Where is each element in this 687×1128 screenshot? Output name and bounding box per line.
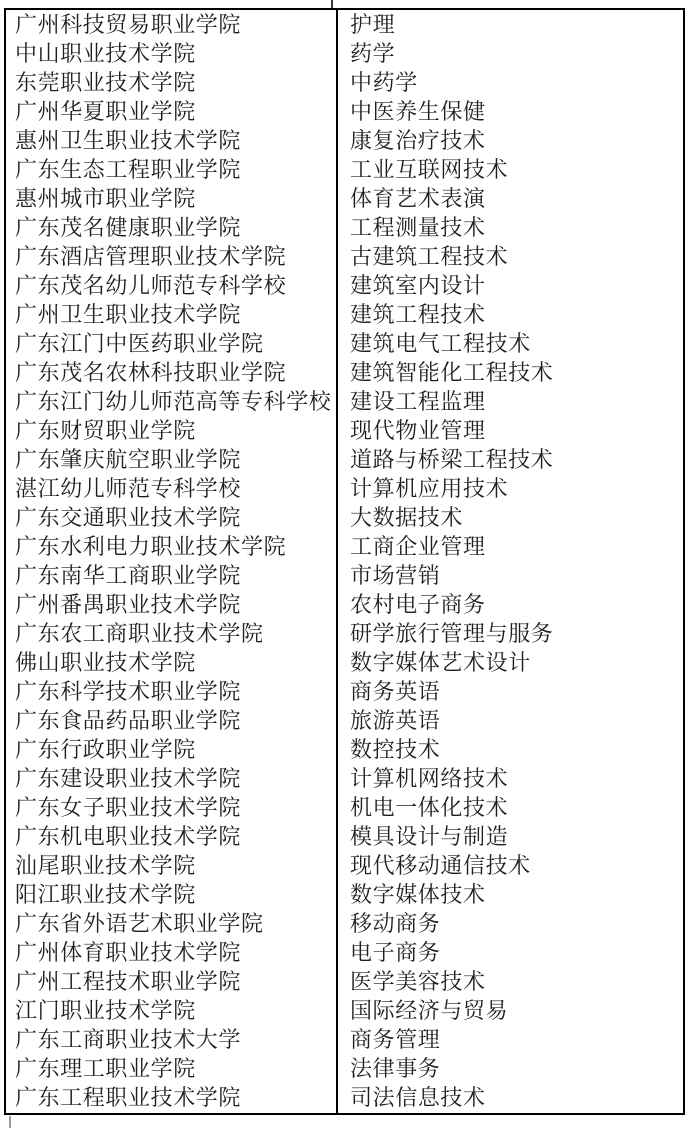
table-row: 广东水利电力职业技术学院工商企业管理: [5, 532, 684, 561]
college-cell: 江门职业技术学院: [5, 996, 337, 1025]
major-cell: 康复治疗技术: [337, 126, 684, 155]
college-cell: 广东机电职业技术学院: [5, 822, 337, 851]
college-cell: 广州工程技术职业学院: [5, 967, 337, 996]
major-cell: 电子商务: [337, 938, 684, 967]
major-cell: 建筑工程技术: [337, 300, 684, 329]
table-body: 广州科技贸易职业学院护理中山职业技术学院药学东莞职业技术学院中药学广州华夏职业学…: [5, 9, 684, 1114]
table-row: 东莞职业技术学院中药学: [5, 68, 684, 97]
table-row: 湛江幼儿师范专科学校计算机应用技术: [5, 474, 684, 503]
college-cell: 广东女子职业技术学院: [5, 793, 337, 822]
college-cell: 广东工商职业技术大学: [5, 1025, 337, 1054]
college-cell: 惠州卫生职业技术学院: [5, 126, 337, 155]
college-cell: 广州科技贸易职业学院: [5, 9, 337, 39]
table-row: 江门职业技术学院国际经济与贸易: [5, 996, 684, 1025]
table-row: 广东南华工商职业学院市场营销: [5, 561, 684, 590]
major-cell: 大数据技术: [337, 503, 684, 532]
college-cell: 广东南华工商职业学院: [5, 561, 337, 590]
major-cell: 计算机应用技术: [337, 474, 684, 503]
college-cell: 广州华夏职业学院: [5, 97, 337, 126]
table-row: 广东江门幼儿师范高等专科学校建设工程监理: [5, 387, 684, 416]
table-row: 广东机电职业技术学院模具设计与制造: [5, 822, 684, 851]
major-cell: 数控技术: [337, 735, 684, 764]
college-cell: 佛山职业技术学院: [5, 648, 337, 677]
major-cell: 体育艺术表演: [337, 184, 684, 213]
college-cell: 湛江幼儿师范专科学校: [5, 474, 337, 503]
table-row: 广东酒店管理职业技术学院古建筑工程技术: [5, 242, 684, 271]
table-row: 惠州卫生职业技术学院康复治疗技术: [5, 126, 684, 155]
major-cell: 市场营销: [337, 561, 684, 590]
college-cell: 广州体育职业技术学院: [5, 938, 337, 967]
table-row: 广东女子职业技术学院机电一体化技术: [5, 793, 684, 822]
college-cell: 广州番禺职业技术学院: [5, 590, 337, 619]
table-row: 佛山职业技术学院数字媒体艺术设计: [5, 648, 684, 677]
major-cell: 商务管理: [337, 1025, 684, 1054]
college-cell: 广东理工职业学院: [5, 1054, 337, 1083]
table-row: 广州卫生职业技术学院建筑工程技术: [5, 300, 684, 329]
major-cell: 医学美容技术: [337, 967, 684, 996]
table-row: 广东生态工程职业学院工业互联网技术: [5, 155, 684, 184]
major-cell: 工业互联网技术: [337, 155, 684, 184]
table-row: 广州华夏职业学院中医养生保健: [5, 97, 684, 126]
table-row: 中山职业技术学院药学: [5, 39, 684, 68]
table-row: 汕尾职业技术学院现代移动通信技术: [5, 851, 684, 880]
college-cell: 广东工程职业技术学院: [5, 1083, 337, 1114]
major-cell: 建筑电气工程技术: [337, 329, 684, 358]
table-row: 广东茂名幼儿师范专科学校建筑室内设计: [5, 271, 684, 300]
college-cell: 广东行政职业学院: [5, 735, 337, 764]
college-cell: 广东交通职业技术学院: [5, 503, 337, 532]
college-cell: 汕尾职业技术学院: [5, 851, 337, 880]
major-cell: 工商企业管理: [337, 532, 684, 561]
major-cell: 司法信息技术: [337, 1083, 684, 1114]
college-cell: 广州卫生职业技术学院: [5, 300, 337, 329]
major-cell: 建筑智能化工程技术: [337, 358, 684, 387]
table-row: 广东工商职业技术大学商务管理: [5, 1025, 684, 1054]
college-cell: 中山职业技术学院: [5, 39, 337, 68]
college-cell: 广东财贸职业学院: [5, 416, 337, 445]
table-row: 广东农工商职业技术学院研学旅行管理与服务: [5, 619, 684, 648]
college-cell: 阳江职业技术学院: [5, 880, 337, 909]
major-cell: 数字媒体艺术设计: [337, 648, 684, 677]
major-cell: 建设工程监理: [337, 387, 684, 416]
major-cell: 古建筑工程技术: [337, 242, 684, 271]
college-cell: 惠州城市职业学院: [5, 184, 337, 213]
table-row: 广东江门中医药职业学院建筑电气工程技术: [5, 329, 684, 358]
college-cell: 广东茂名健康职业学院: [5, 213, 337, 242]
college-cell: 广东肇庆航空职业学院: [5, 445, 337, 474]
table-row: 广东茂名健康职业学院工程测量技术: [5, 213, 684, 242]
table-row: 广东建设职业技术学院计算机网络技术: [5, 764, 684, 793]
major-cell: 现代物业管理: [337, 416, 684, 445]
table-row: 广东茂名农林科技职业学院建筑智能化工程技术: [5, 358, 684, 387]
major-cell: 法律事务: [337, 1054, 684, 1083]
major-cell: 中药学: [337, 68, 684, 97]
document-page: 广州科技贸易职业学院护理中山职业技术学院药学东莞职业技术学院中药学广州华夏职业学…: [0, 0, 687, 1128]
table-row: 广州番禺职业技术学院农村电子商务: [5, 590, 684, 619]
table-row: 广东理工职业学院法律事务: [5, 1054, 684, 1083]
table-row: 广东省外语艺术职业学院移动商务: [5, 909, 684, 938]
major-cell: 国际经济与贸易: [337, 996, 684, 1025]
college-cell: 广东科学技术职业学院: [5, 677, 337, 706]
major-cell: 计算机网络技术: [337, 764, 684, 793]
table-row: 阳江职业技术学院数字媒体技术: [5, 880, 684, 909]
major-cell: 道路与桥梁工程技术: [337, 445, 684, 474]
table-row: 广东行政职业学院数控技术: [5, 735, 684, 764]
major-cell: 护理: [337, 9, 684, 39]
major-cell: 数字媒体技术: [337, 880, 684, 909]
college-cell: 广东茂名幼儿师范专科学校: [5, 271, 337, 300]
major-cell: 药学: [337, 39, 684, 68]
college-cell: 广东酒店管理职业技术学院: [5, 242, 337, 271]
college-cell: 广东食品药品职业学院: [5, 706, 337, 735]
college-cell: 东莞职业技术学院: [5, 68, 337, 97]
table-row: 广州科技贸易职业学院护理: [5, 9, 684, 39]
college-cell: 广东江门中医药职业学院: [5, 329, 337, 358]
table-row: 广州体育职业技术学院电子商务: [5, 938, 684, 967]
college-cell: 广东省外语艺术职业学院: [5, 909, 337, 938]
cropped-border-artifact-bottom: [9, 1116, 11, 1128]
major-cell: 农村电子商务: [337, 590, 684, 619]
major-cell: 建筑室内设计: [337, 271, 684, 300]
major-cell: 商务英语: [337, 677, 684, 706]
table-row: 广东交通职业技术学院大数据技术: [5, 503, 684, 532]
table-row: 广东工程职业技术学院司法信息技术: [5, 1083, 684, 1114]
major-cell: 移动商务: [337, 909, 684, 938]
major-cell: 工程测量技术: [337, 213, 684, 242]
college-cell: 广东农工商职业技术学院: [5, 619, 337, 648]
major-cell: 中医养生保健: [337, 97, 684, 126]
college-cell: 广东生态工程职业学院: [5, 155, 337, 184]
major-cell: 模具设计与制造: [337, 822, 684, 851]
major-cell: 机电一体化技术: [337, 793, 684, 822]
major-cell: 研学旅行管理与服务: [337, 619, 684, 648]
college-cell: 广东建设职业技术学院: [5, 764, 337, 793]
college-cell: 广东茂名农林科技职业学院: [5, 358, 337, 387]
table-row: 广州工程技术职业学院医学美容技术: [5, 967, 684, 996]
college-major-table: 广州科技贸易职业学院护理中山职业技术学院药学东莞职业技术学院中药学广州华夏职业学…: [4, 8, 685, 1115]
college-cell: 广东江门幼儿师范高等专科学校: [5, 387, 337, 416]
table-row: 惠州城市职业学院体育艺术表演: [5, 184, 684, 213]
table-row: 广东肇庆航空职业学院道路与桥梁工程技术: [5, 445, 684, 474]
table-row: 广东科学技术职业学院商务英语: [5, 677, 684, 706]
college-cell: 广东水利电力职业技术学院: [5, 532, 337, 561]
table-row: 广东财贸职业学院现代物业管理: [5, 416, 684, 445]
major-cell: 旅游英语: [337, 706, 684, 735]
major-cell: 现代移动通信技术: [337, 851, 684, 880]
table-row: 广东食品药品职业学院旅游英语: [5, 706, 684, 735]
